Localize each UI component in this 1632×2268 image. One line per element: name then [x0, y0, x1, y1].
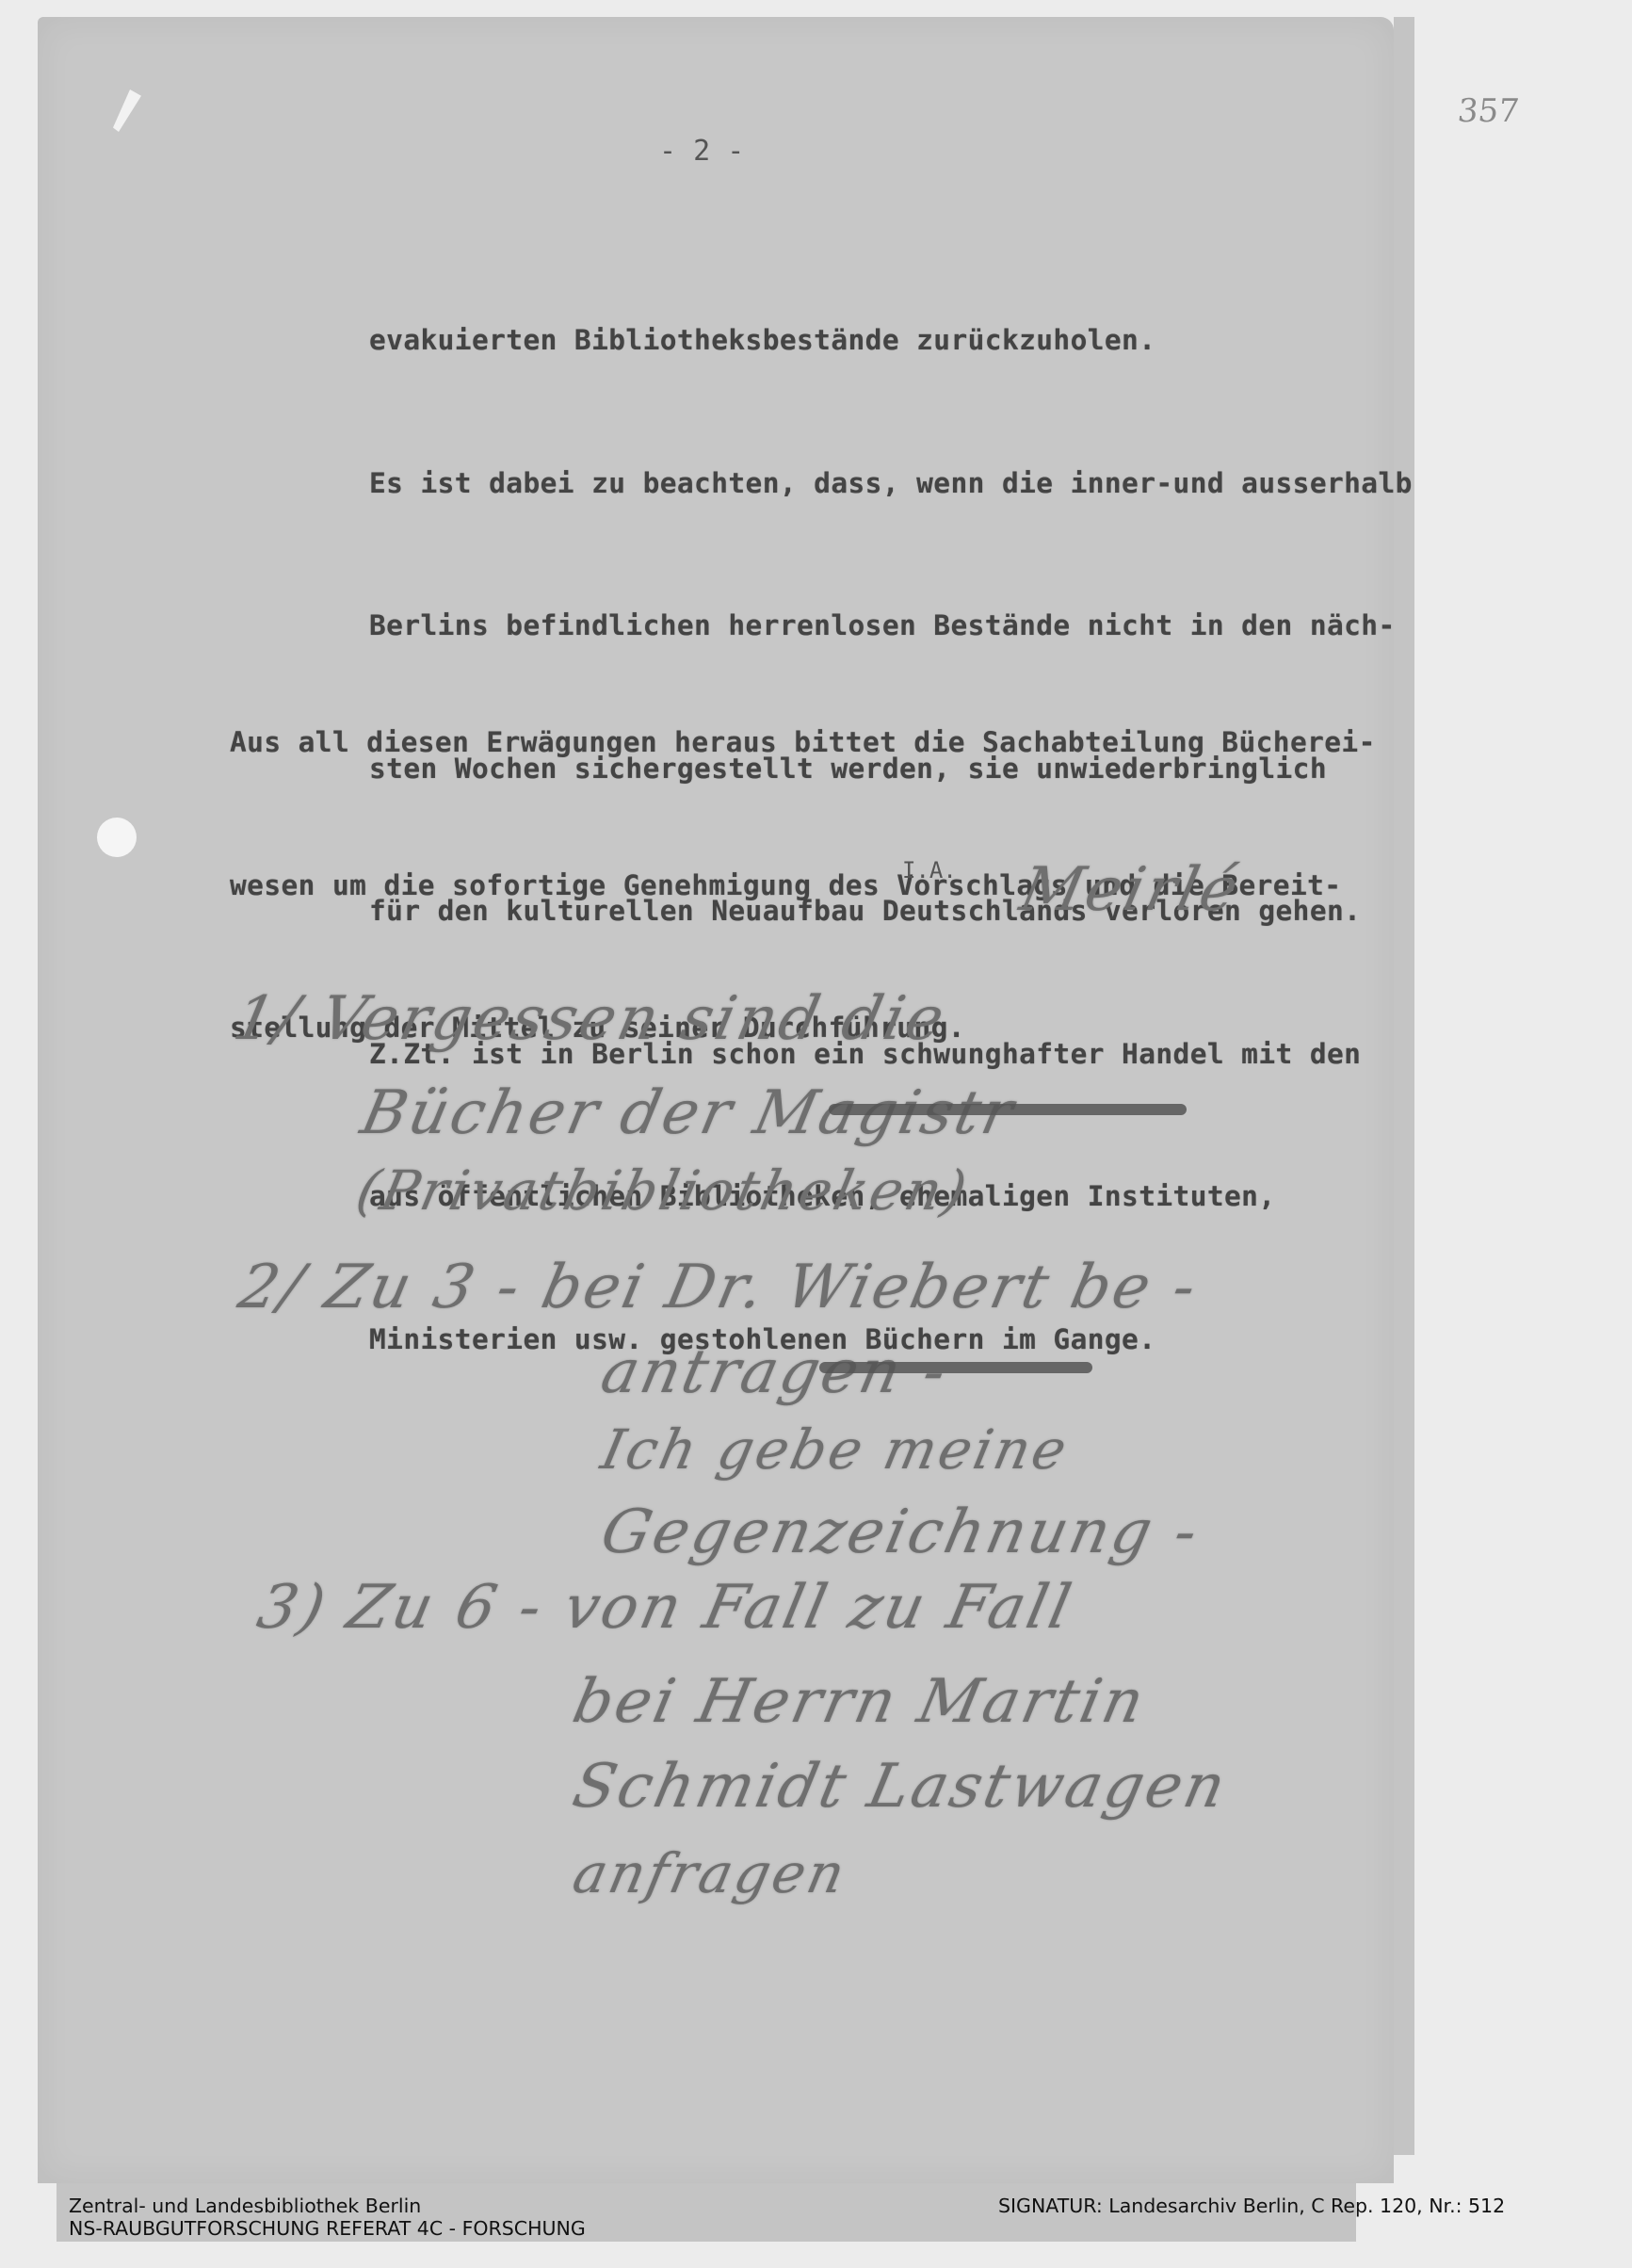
handwritten-note-line: (Privatbibliotheken): [351, 1158, 975, 1223]
strikethrough-mark: [829, 1104, 1187, 1115]
text-line: Es ist dabei zu beachten, dass, wenn die…: [369, 460, 1413, 508]
strikethrough-mark: [819, 1362, 1092, 1373]
page-number: - 2 -: [659, 135, 744, 168]
folio-number: 357: [1456, 92, 1521, 130]
signature-prefix: I.A.: [902, 857, 957, 883]
punch-hole: [97, 818, 137, 857]
handwritten-note-line: bei Herrn Martin: [567, 1667, 1153, 1737]
handwritten-note-line: 1/ Vergessen sind die: [228, 984, 952, 1054]
handwritten-note-line: Ich gebe meine: [596, 1417, 1075, 1482]
footer-signature-ref: SIGNATUR: Landesarchiv Berlin, C Rep. 12…: [998, 2195, 1505, 2217]
handwritten-signature: Meirlé: [1014, 855, 1247, 925]
handwritten-note-line: Gegenzeichnung -: [595, 1498, 1206, 1567]
text-line: Aus all diesen Erwägungen heraus bittet …: [230, 719, 1376, 767]
footer-department: NS-RAUBGUTFORSCHUNG REFERAT 4C - FORSCHU…: [69, 2217, 586, 2240]
handwritten-note-line: 2/ Zu 3 - bei Dr. Wiebert be -: [233, 1253, 1204, 1322]
text-line: evakuierten Bibliotheksbestände zurückzu…: [369, 316, 1413, 364]
footer-institution-block: Zentral- und Landesbibliothek Berlin NS-…: [69, 2195, 586, 2240]
handwritten-note-line: 3) Zu 6 - von Fall zu Fall: [251, 1573, 1079, 1643]
handwritten-note-line: Schmidt Lastwagen: [567, 1752, 1234, 1822]
handwritten-note-line: anfragen: [568, 1841, 853, 1905]
footer-institution: Zentral- und Landesbibliothek Berlin: [69, 2195, 586, 2217]
